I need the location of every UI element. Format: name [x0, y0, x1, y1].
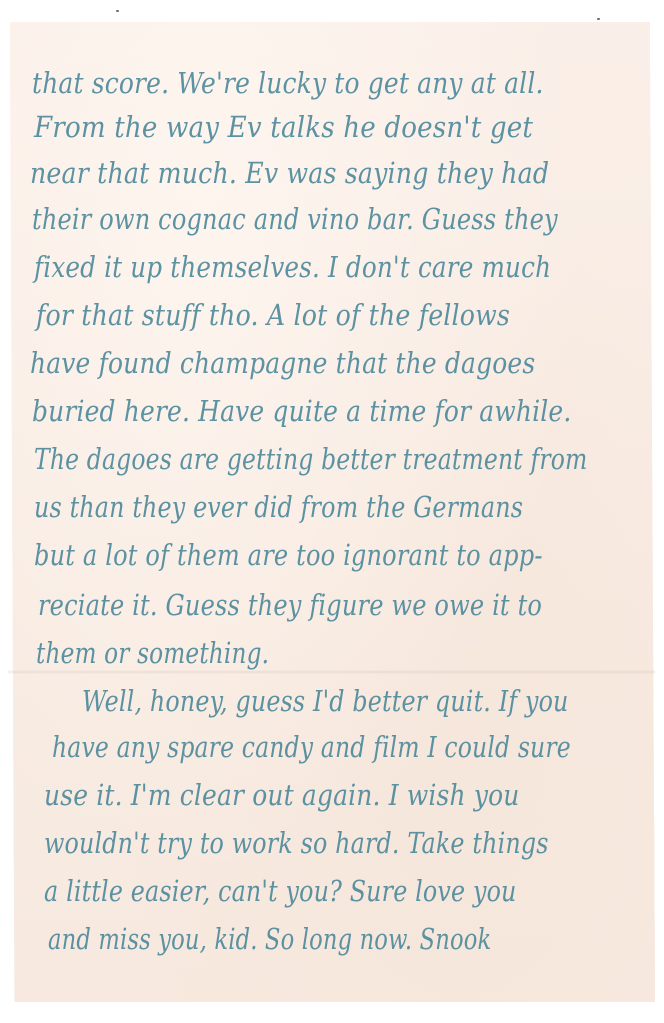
letter-line: a little easier, can't you? Sure love yo…	[44, 874, 517, 908]
scanned-letter-page: that score. We're lucky to get any at al…	[0, 0, 664, 1023]
letter-line: use it. I'm clear out again. I wish you	[44, 778, 520, 812]
letter-line: their own cognac and vino bar. Guess the…	[32, 202, 558, 236]
letter-line: that score. We're lucky to get any at al…	[32, 66, 544, 100]
letter-line: reciate it. Guess they figure we owe it …	[38, 588, 542, 622]
letter-line: have any spare candy and film I could su…	[52, 730, 571, 764]
letter-line: us than they ever did from the Germans	[34, 490, 523, 524]
letter-line: wouldn't try to work so hard. Take thing…	[44, 826, 549, 860]
paper-fold-crease	[8, 670, 655, 674]
letter-line: but a lot of them are too ignorant to ap…	[34, 538, 543, 572]
letter-line letter-signoff: and miss you, kid. So long now. Snook	[48, 922, 491, 956]
letter-line: From the way Ev talks he doesn't get	[34, 110, 533, 144]
letter-line: have found champagne that the dagoes	[30, 346, 535, 380]
letter-line: Well, honey, guess I'd better quit. If y…	[82, 684, 569, 718]
letter-line: near that much. Ev was saying they had	[30, 156, 549, 190]
letter-line: for that stuff tho. A lot of the fellows	[36, 298, 510, 332]
letter-line: fixed it up themselves. I don't care muc…	[34, 250, 551, 284]
paper-speck	[116, 10, 119, 12]
letter-line: The dagoes are getting better treatment …	[34, 442, 587, 476]
letter-line: them or something.	[36, 636, 269, 670]
paper-speck	[597, 18, 600, 20]
letter-line: buried here. Have quite a time for awhil…	[32, 394, 571, 428]
